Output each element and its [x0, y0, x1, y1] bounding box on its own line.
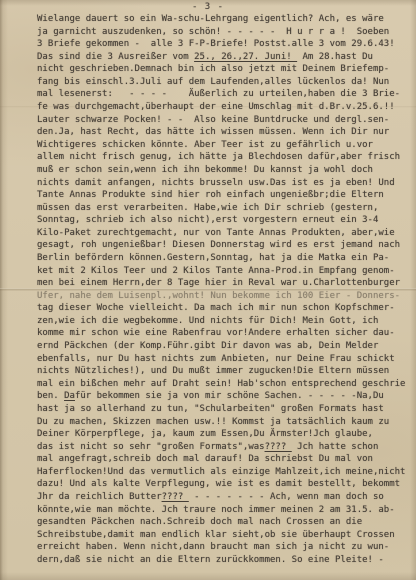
letter-line: erreicht haben. Wenn nicht,dann braucht …	[37, 541, 409, 554]
text-segment: Am 28.hast Du	[297, 52, 373, 62]
letter-line: nichts damit anfangen, nichts brusseln u…	[37, 177, 409, 190]
text-segment: zen,wie ich die wegbekomme. Und nichts f…	[37, 316, 378, 326]
text-segment: erreicht haben. Wenn nicht,dann braucht …	[37, 542, 389, 552]
letter-line: mal ein bißchen mehr auf Draht sein! Hab…	[37, 378, 409, 391]
text-segment: ja garnicht auszudenken, so schön! - - -…	[37, 27, 389, 37]
underlined-text-segment: Da	[64, 391, 75, 401]
text-segment: 3 Briefe gekommen - alle 3 F-P-Briefe! P…	[37, 39, 395, 49]
text-segment: Schreibstube,damit man endlich klar sieh…	[37, 530, 395, 540]
text-segment: für bekommen sie ja von mir schöne Sache…	[75, 391, 384, 401]
letter-line: ja garnicht auszudenken, so schön! - - -…	[37, 26, 409, 39]
text-segment: müssen das erst verarbeiten. Habe,wie ic…	[37, 203, 378, 213]
text-segment: Kilo-Paket zurechtgemacht, nur von Tante…	[37, 228, 395, 238]
text-segment: - - - - - - - Ach, wenn man doch so	[189, 492, 384, 502]
text-segment: nichts damit anfangen, nichts brusseln u…	[37, 178, 395, 188]
letter-line: Jhr da reichlich Butter???? - - - - - - …	[37, 491, 409, 504]
letter-line: nicht geschrieben.Demnach bin ich also j…	[37, 63, 409, 76]
text-segment: nichts Nützliches!), und Du mußt immer z…	[37, 366, 389, 376]
text-segment: muß er schon sein,wenn ich ihn bekomme! …	[37, 165, 373, 175]
letter-line: Kilo-Paket zurechtgemacht, nur von Tante…	[37, 227, 409, 240]
underlined-text-segment: ????	[265, 442, 292, 452]
letter-line: Das sind die 3 Ausreißer vom 25., 26.,27…	[37, 51, 409, 64]
text-segment: allem nicht frisch genug, ich hätte ja B…	[37, 152, 400, 162]
text-segment: könnte,wie man möchte. Jch traure noch i…	[37, 505, 395, 515]
letter-line: 3 Briefe gekommen - alle 3 F-P-Briefe! P…	[37, 38, 409, 51]
letter-line: gesandten Päckchen nach.Schreib doch mal…	[37, 516, 409, 529]
text-segment: ebenfalls, nur Du hast nichts zum Anbiet…	[37, 354, 395, 364]
letter-line: dazu! Und als kalte Verpflegung, wie ist…	[37, 478, 409, 491]
text-segment: mal ein bißchen mehr auf Draht sein! Hab…	[37, 379, 405, 389]
text-segment: hast ja so allerhand zu tun, "Schularbei…	[37, 404, 384, 414]
text-segment: Jhr da reichlich Butter	[37, 492, 162, 502]
letter-line: gesagt, roh ungenießbar! Diesen Donnerst…	[37, 239, 409, 252]
letter-line: ben. Dafür bekommen sie ja von mir schön…	[37, 390, 409, 403]
letter-line: ernd Päckchen (der Komp.Führ.gibt Dir da…	[37, 340, 409, 353]
letter-line: dern,daß sie nicht an die Eltern zurückk…	[37, 554, 409, 567]
letter-line: ket mit 2 Kilos Teer und 2 Kilos Tante A…	[37, 265, 409, 278]
text-segment: ernd Päckchen (der Komp.Führ.gibt Dir da…	[37, 341, 378, 351]
letter-line: hast ja so allerhand zu tun, "Schularbei…	[37, 403, 409, 416]
text-segment: das ist nicht so sehr "großen Formats",w…	[37, 442, 265, 452]
letter-line: nichts Nützliches!), und Du mußt immer z…	[37, 365, 409, 378]
text-segment: Jch hatte schon	[292, 442, 379, 452]
letter-line: Schreibstube,damit man endlich klar sieh…	[37, 529, 409, 542]
letter-line: Wichtigeres schicken könnte. Aber Teer i…	[37, 139, 409, 152]
text-segment: Tante Annas Produkte sind hier roh einfa…	[37, 190, 384, 200]
letter-line: Lauter schwarze Pocken! - - Also keine B…	[37, 114, 409, 127]
letter-line: fe was durchgemacht,überhaupt der eine U…	[37, 101, 409, 114]
text-segment: mal angefragt,schreib doch mal darauf! D…	[37, 454, 373, 464]
text-segment: Deiner Körperpflege, ja, kaum zum Essen,…	[37, 429, 373, 439]
underlined-text-segment: ????	[162, 492, 189, 502]
text-segment: Du zu machen, Skizzen machen usw.!! Komm…	[37, 417, 389, 427]
text-segment: Wichtigeres schicken könnte. Aber Teer i…	[37, 140, 373, 150]
text-segment: dazu! Und als kalte Verpflegung, wie ist…	[37, 479, 400, 489]
text-segment: komme mir schon wie eine Rabenfrau vor!A…	[37, 328, 395, 338]
underlined-text-segment: 25., 26.,27. Juni!	[194, 52, 297, 62]
letter-line: das ist nicht so sehr "großen Formats",w…	[37, 441, 409, 454]
letter-line: komme mir schon wie eine Rabenfrau vor!A…	[37, 327, 409, 340]
letter-page: - 3 - Wielange dauert so ein Wa-schu-Leh…	[0, 0, 416, 580]
letter-line: mal lesenerst: - - - - Äußerlich zu urte…	[37, 88, 409, 101]
letter-line: Ufer, nahe dem Luisenpl.,wohnt! Nun beko…	[37, 290, 409, 303]
text-segment: tag dieser Woche vielleicht. Da mach ich…	[37, 303, 395, 313]
letter-line: Sonntag, schrieb ich also nicht),erst vo…	[37, 214, 409, 227]
letter-line: ebenfalls, nur Du hast nichts zum Anbiet…	[37, 353, 409, 366]
letter-line: allem nicht frisch genug, ich hätte ja B…	[37, 151, 409, 164]
letter-line: Tante Annas Produkte sind hier roh einfa…	[37, 189, 409, 202]
text-segment: Das sind die 3 Ausreißer vom	[37, 52, 194, 62]
letter-line: muß er schon sein,wenn ich ihn bekomme! …	[37, 164, 409, 177]
text-segment: mal lesenerst: - - - - Äußerlich zu urte…	[37, 89, 400, 99]
text-segment: dern,daß sie nicht an die Eltern zurückk…	[37, 555, 384, 565]
letter-line: tag dieser Woche vielleicht. Da mach ich…	[37, 302, 409, 315]
letter-line: Deiner Körperpflege, ja, kaum zum Essen,…	[37, 428, 409, 441]
text-segment: nicht geschrieben.Demnach bin ich also j…	[37, 64, 389, 74]
page-number-header: - 3 -	[0, 2, 416, 12]
text-segment: gesagt, roh ungenießbar! Diesen Donnerst…	[37, 240, 400, 250]
letter-body: Wielange dauert so ein Wa-schu-Lehrgang …	[37, 13, 409, 566]
text-segment: Berlin befördern können.Gestern,Sonntag,…	[37, 253, 389, 263]
text-segment: Sonntag, schrieb ich also nicht),erst vo…	[37, 215, 378, 225]
text-segment: den.Ja, hast Recht, das hätte ich wissen…	[37, 127, 389, 137]
text-segment: ben.	[37, 391, 64, 401]
text-segment: gesandten Päckchen nach.Schreib doch mal…	[37, 517, 362, 527]
letter-line: zen,wie ich die wegbekomme. Und nichts f…	[37, 315, 409, 328]
text-segment: Ufer, nahe dem Luisenpl.,wohnt! Nun beko…	[37, 291, 400, 301]
letter-line: Haferflocken!Und das vermutlich als einz…	[37, 466, 409, 479]
text-segment: fang bis einschl.3.Juli auf dem Laufende…	[37, 77, 389, 87]
text-segment: Lauter schwarze Pocken! - - Also keine B…	[37, 115, 389, 125]
letter-line: fang bis einschl.3.Juli auf dem Laufende…	[37, 76, 409, 89]
letter-line: den.Ja, hast Recht, das hätte ich wissen…	[37, 126, 409, 139]
text-segment: Wielange dauert so ein Wa-schu-Lehrgang …	[37, 14, 384, 24]
letter-line: Du zu machen, Skizzen machen usw.!! Komm…	[37, 416, 409, 429]
text-segment: men bei einem Herrn,der 8 Tage hier in R…	[37, 278, 400, 288]
letter-line: mal angefragt,schreib doch mal darauf! D…	[37, 453, 409, 466]
text-segment: Haferflocken!Und das vermutlich als einz…	[37, 467, 405, 477]
letter-line: könnte,wie man möchte. Jch traure noch i…	[37, 504, 409, 517]
letter-line: Berlin befördern können.Gestern,Sonntag,…	[37, 252, 409, 265]
text-segment: ket mit 2 Kilos Teer und 2 Kilos Tante A…	[37, 266, 395, 276]
letter-line: men bei einem Herrn,der 8 Tage hier in R…	[37, 277, 409, 290]
letter-line: müssen das erst verarbeiten. Habe,wie ic…	[37, 202, 409, 215]
text-segment: fe was durchgemacht,überhaupt der eine U…	[37, 102, 395, 112]
letter-line: Wielange dauert so ein Wa-schu-Lehrgang …	[37, 13, 409, 26]
